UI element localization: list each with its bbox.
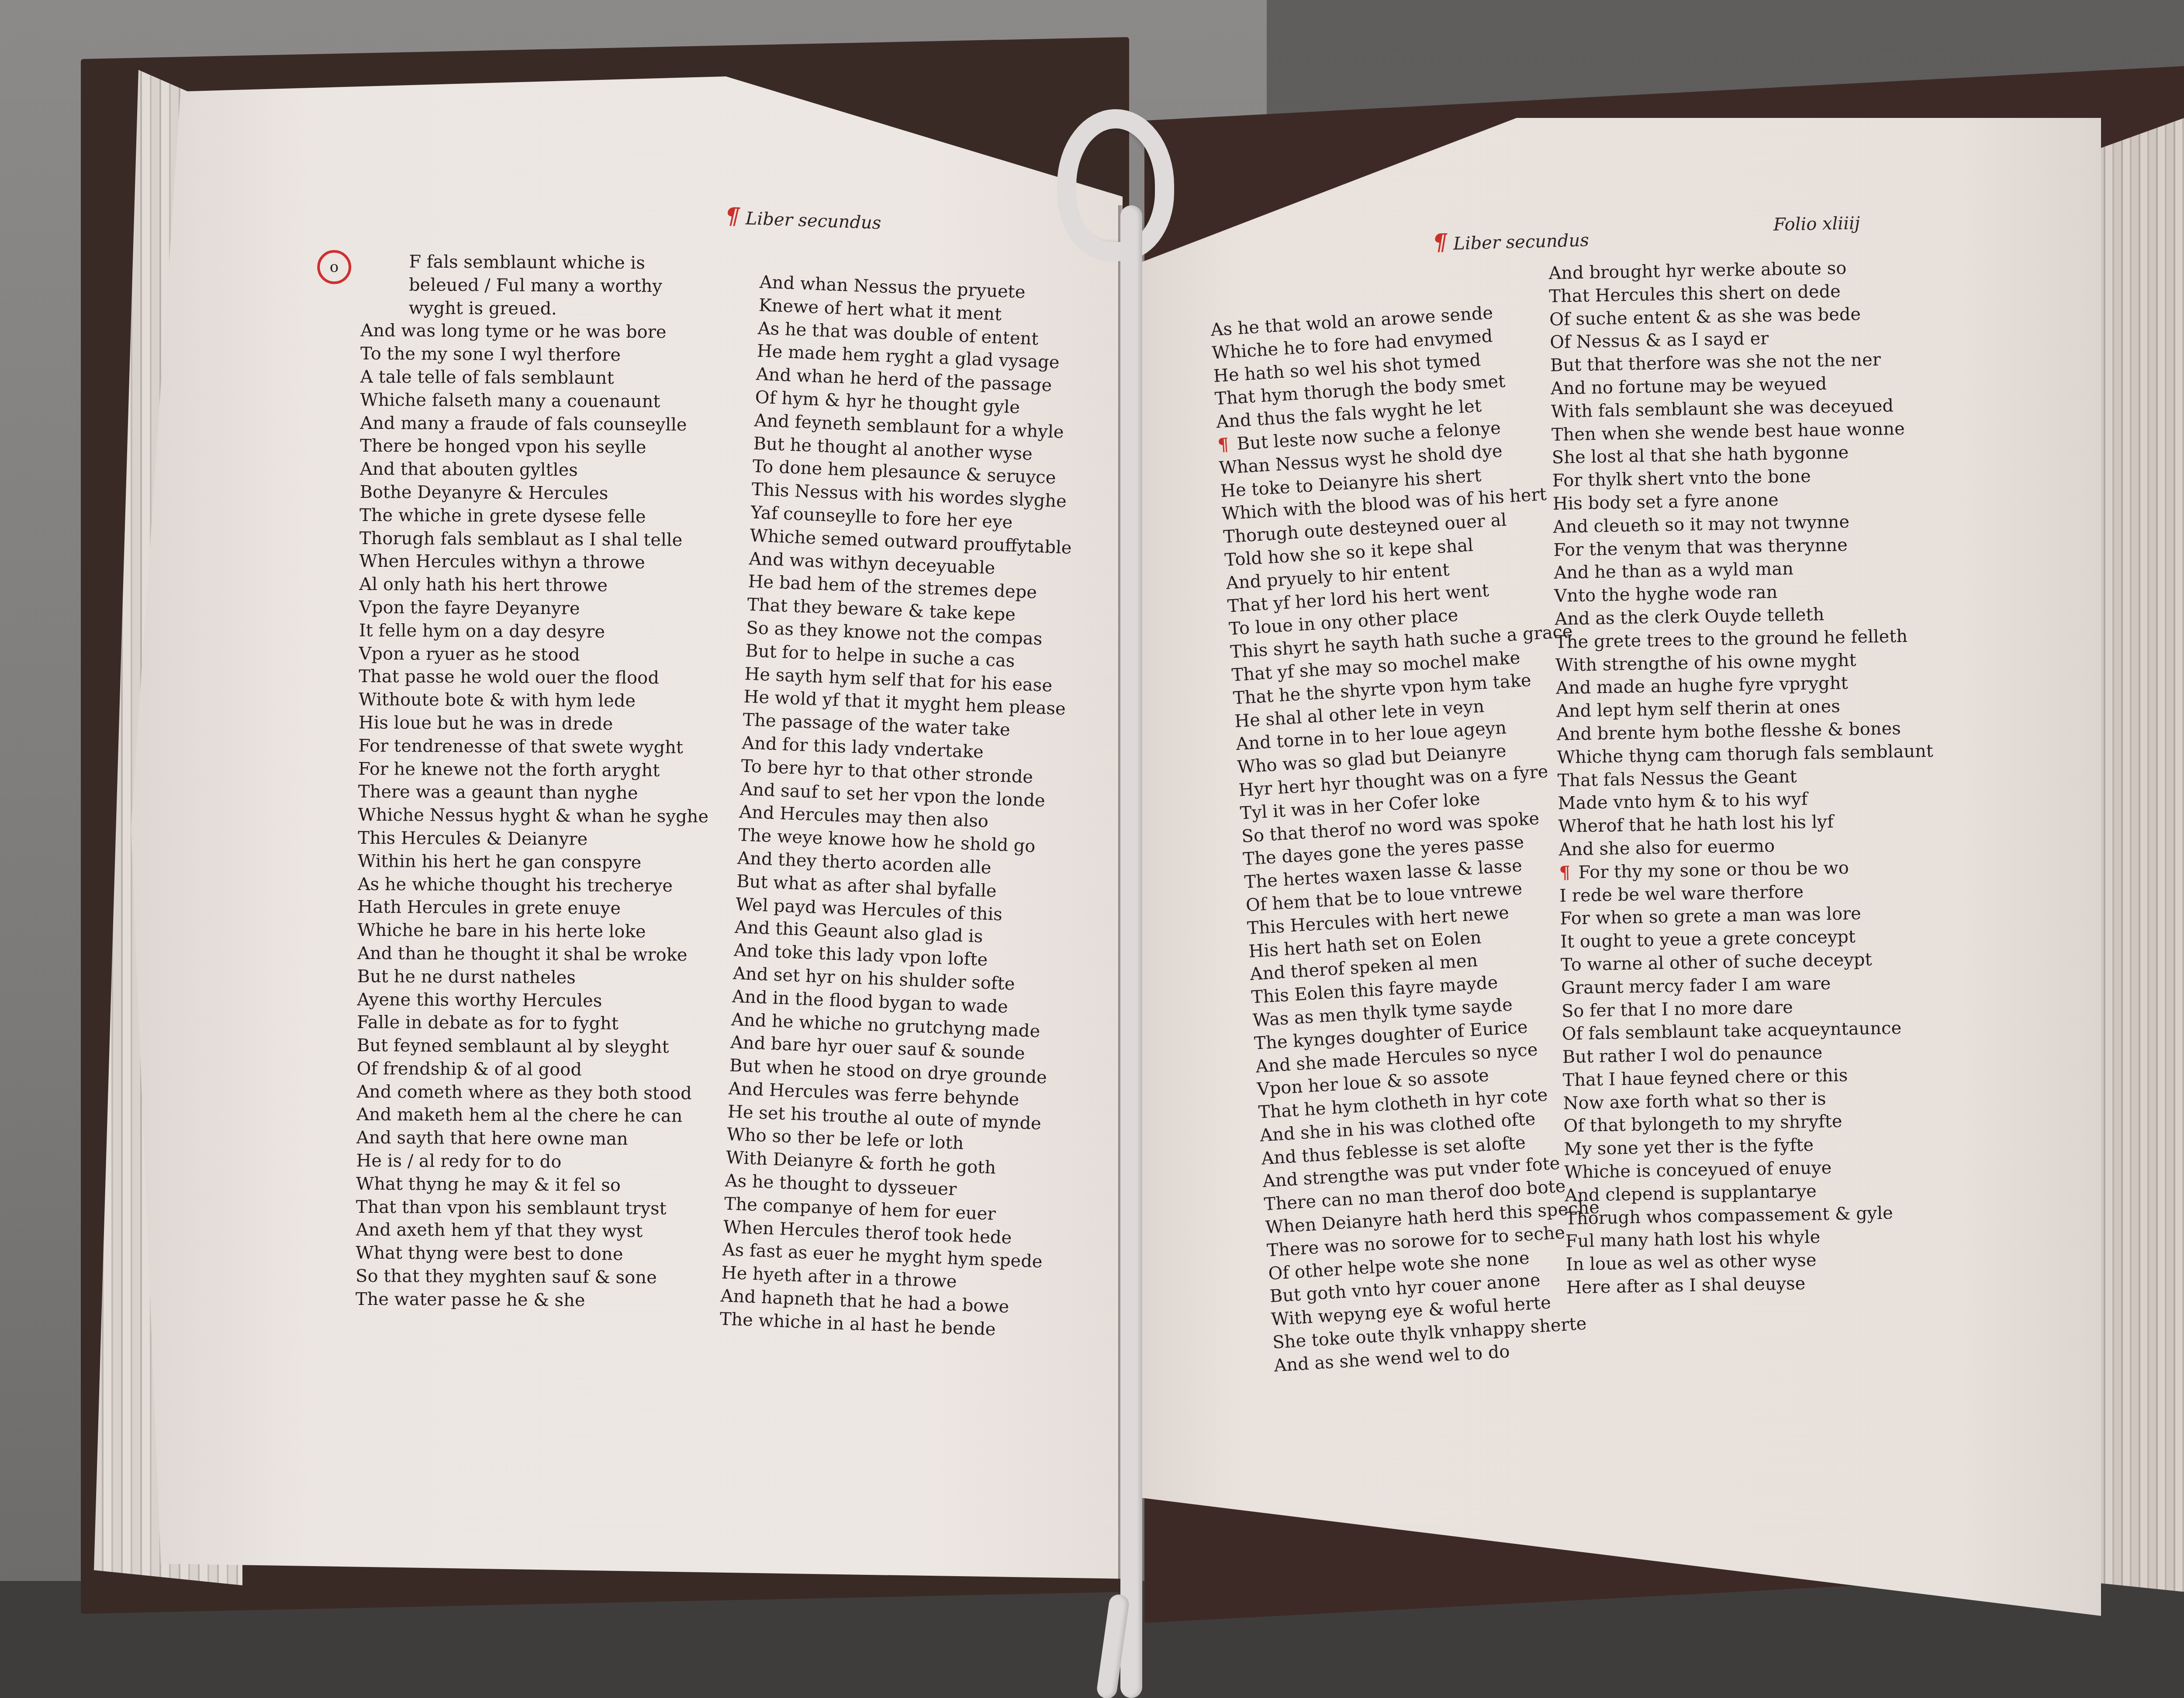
verse-line: The whiche in grete dysese felle — [359, 504, 710, 529]
folio-label: Folio — [1773, 214, 1817, 235]
verse-line: It felle hym on a day desyre — [359, 619, 710, 644]
verse-line: His loue but he was in drede — [359, 711, 709, 736]
verse-line: Hath Hercules in grete enuye — [357, 896, 708, 921]
pilcrow-icon: ¶ — [1432, 229, 1448, 256]
verse-line: Of frendship & of al good — [356, 1057, 707, 1082]
verse-line: Bothe Deyanyre & Hercules — [359, 481, 710, 506]
verse-line: wyght is greued. — [361, 297, 712, 321]
right-page-column-2: And brought hyr werke aboute soThat Herc… — [1548, 255, 1943, 1300]
right-running-head: ¶Liber secundus — [1432, 225, 1589, 255]
verse-line: That than vpon his semblaunt tryst — [356, 1196, 707, 1221]
bookmark-cord[interactable] — [1120, 205, 1142, 1698]
verse-line: And that abouten gyltles — [360, 458, 711, 483]
verse-line: But feyned semblaunt al by sleyght — [357, 1034, 708, 1059]
verse-line: There was a geaunt than nyghe — [358, 780, 709, 805]
verse-line: To the my sone I wyl therfore — [360, 342, 711, 367]
verse-line: That passe he wold ouer the flood — [359, 665, 709, 690]
left-page-column-2: And whan Nessus the pryueteKnewe of hert… — [719, 271, 1082, 1343]
verse-line: What thyng were best to done — [356, 1242, 706, 1267]
verse-line: Ayene this worthy Hercules — [357, 988, 708, 1013]
verse-line: And axeth hem yf that they wyst — [356, 1218, 706, 1243]
rubricated-initial: o — [317, 250, 351, 284]
verse-line: Thorugh fals semblaut as I shal telle — [359, 527, 710, 552]
verse-line: Al only hath his hert throwe — [359, 573, 710, 598]
verse-line: And sayth that here owne man — [356, 1126, 707, 1151]
verse-line: What thyng he may & it fel so — [356, 1173, 707, 1198]
verse-line: Whiche he bare in his herte loke — [357, 919, 708, 944]
left-running-head: ¶Liber secundus — [725, 203, 882, 235]
paragraph-mark-icon: ¶ — [1559, 862, 1570, 883]
verse-line: When Hercules withyn a throwe — [359, 550, 710, 575]
verse-line: Withoute bote & with hym lede — [359, 688, 709, 713]
pilcrow-icon: ¶ — [725, 203, 740, 230]
verse-line: F fals semblaunt whiche is — [361, 250, 712, 275]
verse-line: He is / al redy for to do — [356, 1149, 707, 1174]
bookmark-cord-loop[interactable] — [1057, 109, 1174, 261]
paragraph-mark-icon: ¶ — [1217, 434, 1229, 455]
verse-line: And many a fraude of fals counseylle — [360, 411, 711, 436]
verse-line: For he knewe not the forth aryght — [358, 757, 709, 782]
verse-line: And cometh where as they both stood — [356, 1080, 707, 1105]
verse-line: Within his hert he gan conspyre — [358, 850, 708, 875]
verse-line: So that they myghten sauf & sone — [356, 1265, 706, 1290]
running-head-text: Liber secundus — [745, 208, 881, 233]
verse-line: For tendrenesse of that swete wyght — [358, 735, 709, 759]
verse-line: A tale telle of fals semblaunt — [360, 366, 711, 390]
verse-line: Whiche falseth many a couenaunt — [360, 389, 711, 414]
folio-number: Folio xliiij — [1773, 213, 1860, 235]
folio-numeral: xliiij — [1822, 213, 1860, 234]
verse-line: And than he thought it shal be wroke — [357, 942, 708, 967]
running-head-text: Liber secundus — [1453, 230, 1590, 254]
left-page-column-1: o F fals semblaunt whiche isbeleued / Fu… — [356, 250, 712, 1313]
verse-line: And maketh hem al the chere he can — [356, 1103, 707, 1128]
verse-line: As he whiche thought his trecherye — [358, 873, 708, 897]
verse-line: Vpon a ryuer as he stood — [359, 642, 709, 667]
verse-line: The water passe he & she — [356, 1288, 706, 1313]
verse-line: beleued / Ful many a worthy — [361, 273, 712, 298]
verse-line: Whiche Nessus hyght & whan he syghe — [358, 804, 708, 828]
verse-line: This Hercules & Deianyre — [358, 827, 708, 852]
verse-line: There be honged vpon his seylle — [360, 435, 711, 459]
verse-line: Vpon the fayre Deyanyre — [359, 596, 710, 621]
verse-line: But he ne durst natheles — [357, 965, 708, 990]
verse-line: Falle in debate as for to fyght — [357, 1011, 708, 1036]
verse-line: And was long tyme or he was bore — [360, 319, 711, 344]
